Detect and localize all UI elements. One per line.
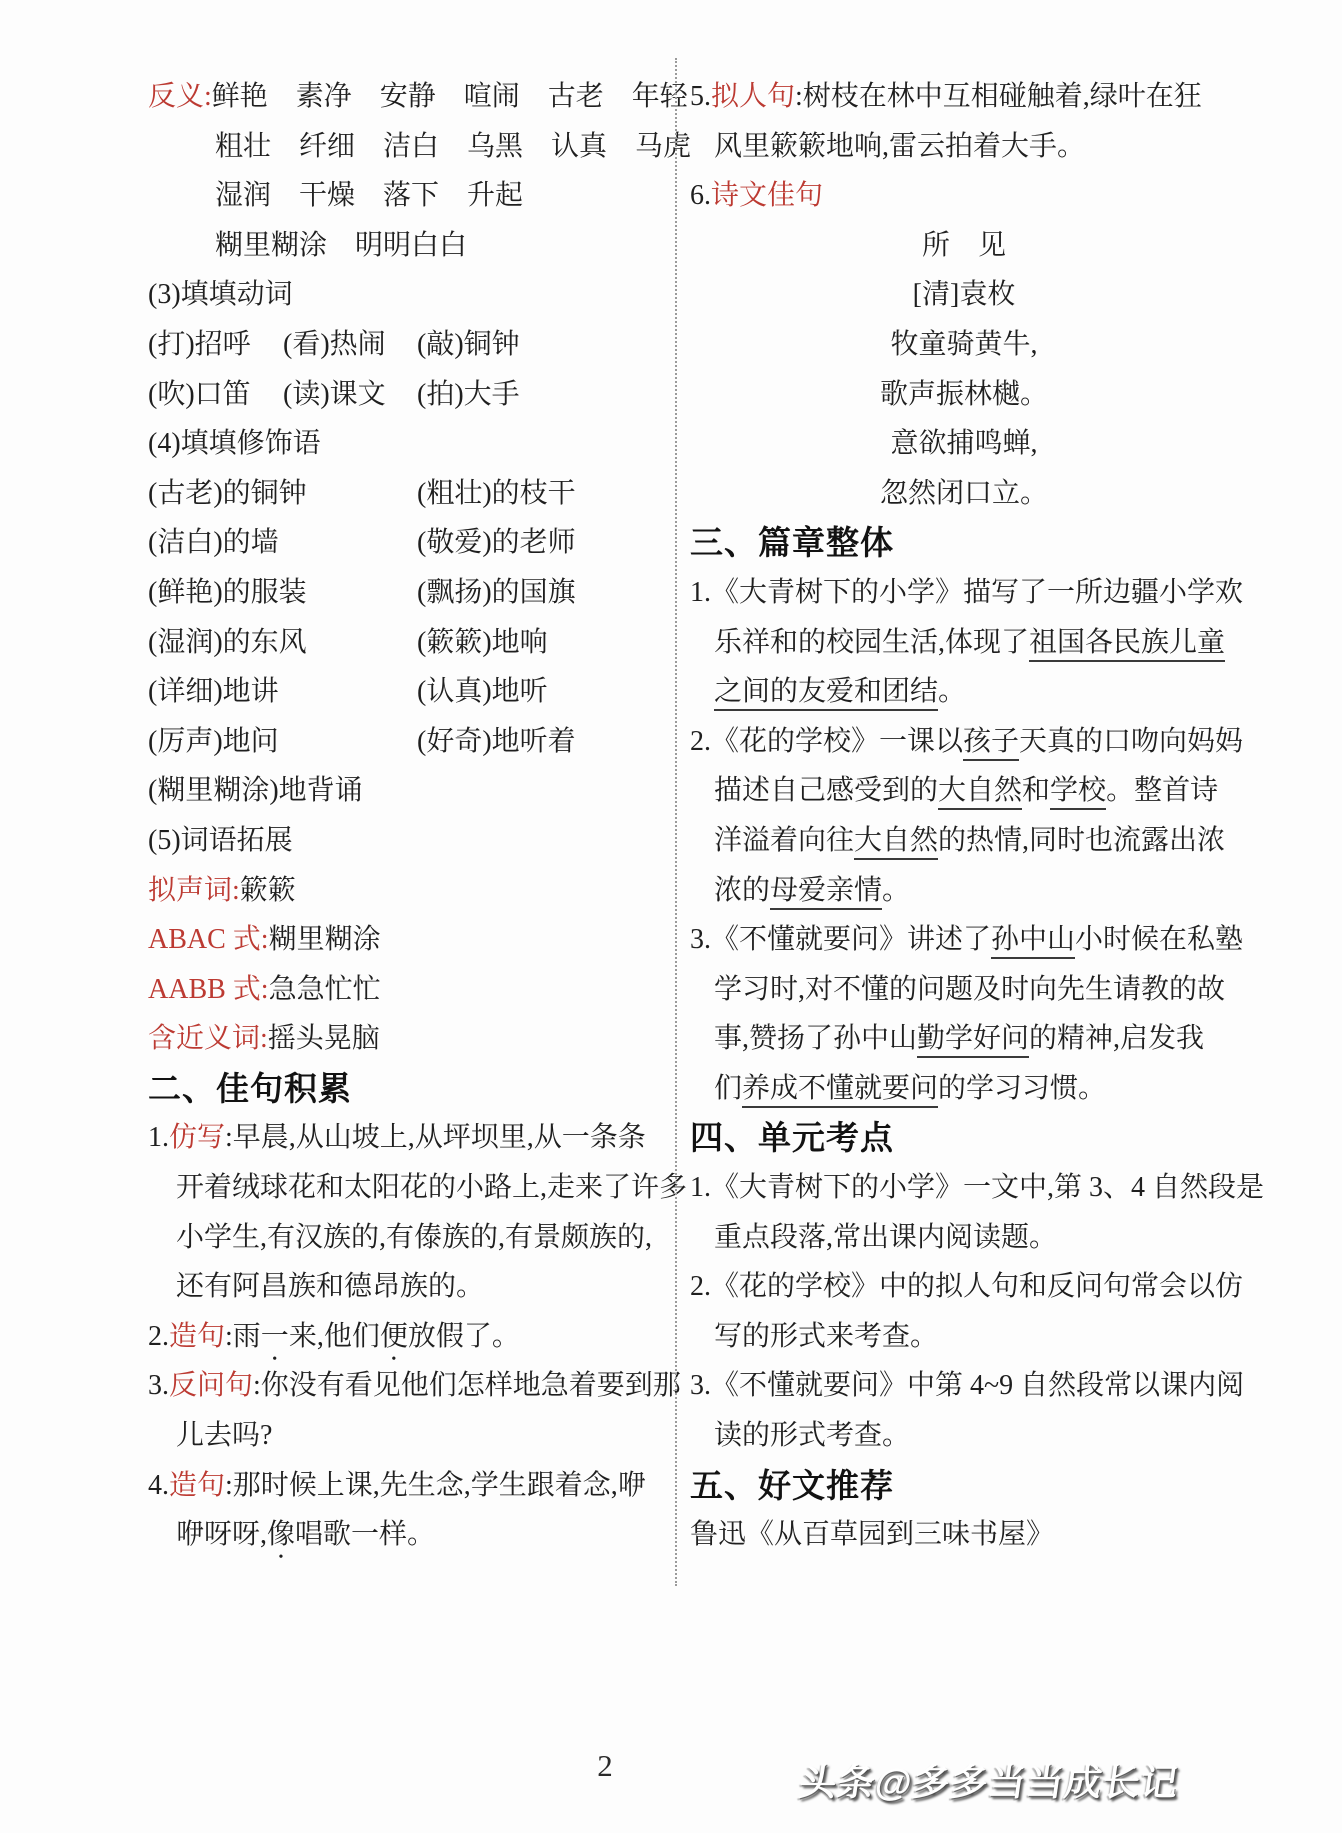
text-line: 洋溢着向往大自然的热情,同时也流露出浓 xyxy=(690,816,1238,866)
text-segment: 鲜艳 素净 安静 喧闹 古老 年轻 xyxy=(212,81,688,112)
text-line: (古老)的铜钟(粗壮)的枝干 xyxy=(148,469,676,519)
text-line: 忽然闭口立。 xyxy=(690,469,1238,519)
underlined-text: 孩子 xyxy=(963,726,1019,761)
text-segment: (5)词语拓展 xyxy=(148,825,293,856)
text-segment: 5. xyxy=(690,81,711,112)
text-line: (厉声)地问(好奇)地听着 xyxy=(148,717,676,767)
text-line: 重点段落,常出课内阅读题。 xyxy=(690,1213,1238,1263)
red-label: AABB 式: xyxy=(148,974,269,1005)
text-segment: 天真的口吻向妈妈 xyxy=(1019,726,1243,757)
text-line: 3.《不懂就要问》中第 4~9 自然段常以课内阅 xyxy=(690,1361,1238,1411)
text-segment: (4)填填修饰语 xyxy=(148,428,321,459)
text-line: 粗壮 纤细 洁白 乌黑 认真 马虎 xyxy=(148,122,676,172)
text-line: 所 见 xyxy=(690,221,1238,271)
text-line: 还有阿昌族和德昂族的。 xyxy=(148,1262,676,1312)
text-segment: 。整首诗 xyxy=(1106,775,1218,806)
text-segment: 五、好文推荐 xyxy=(690,1467,894,1504)
text-line: 风里簌簌地响,雷云拍着大手。 xyxy=(690,122,1238,172)
text-line: 1.《大青树下的小学》描写了一所边疆小学欢 xyxy=(690,568,1238,618)
text-line: 5.拟人句:树枝在林中互相碰触着,绿叶在狂 xyxy=(690,72,1238,122)
text-segment: 重点段落,常出课内阅读题。 xyxy=(714,1222,1057,1253)
text-segment: :你没有看见他们怎样地急着要到那 xyxy=(253,1370,681,1401)
text-segment: 歌声振林樾。 xyxy=(880,379,1048,410)
text-segment: 还有阿昌族和德昂族的。 xyxy=(176,1271,484,1302)
text-segment: 2.《花的学校》中的拟人句和反问句常会以仿 xyxy=(690,1271,1243,1302)
text-line: 咿呀呀,像唱歌一样。 xyxy=(148,1510,676,1560)
text-segment: 唱歌一样。 xyxy=(295,1519,435,1550)
text-line: 意欲捕鸣蝉, xyxy=(690,419,1238,469)
text-segment: 糊里糊涂 xyxy=(269,924,381,955)
text-segment: 的精神,启发我 xyxy=(1029,1023,1204,1054)
text-segment: 浓的 xyxy=(714,875,770,906)
section-heading: 二、佳句积累 xyxy=(148,1064,676,1114)
text-line: 小学生,有汉族的,有傣族的,有景颇族的, xyxy=(148,1213,676,1263)
text-segment: 6. xyxy=(690,180,711,211)
text-segment: 粗壮 纤细 洁白 乌黑 认真 马虎 xyxy=(215,131,691,162)
text-segment: 3. xyxy=(148,1370,169,1401)
text-line: (5)词语拓展 xyxy=(148,816,676,866)
text-segment: 小时候在私塾 xyxy=(1075,924,1243,955)
text-line: (详细)地讲(认真)地听 xyxy=(148,667,676,717)
red-label: 造句 xyxy=(169,1321,225,1352)
text-segment: (湿润)的东风 xyxy=(148,627,307,658)
red-label: 拟人句 xyxy=(711,81,795,112)
text-segment: (粗壮)的枝干 xyxy=(417,469,576,519)
text-line: 之间的友爱和团结。 xyxy=(690,667,1238,717)
text-segment: (古老)的铜钟 xyxy=(148,478,307,509)
right-column: 5.拟人句:树枝在林中互相碰触着,绿叶在狂风里簌簌地响,雷云拍着大手。6.诗文佳… xyxy=(690,72,1238,1560)
red-label: 反问句 xyxy=(169,1370,253,1401)
emphasized-text: 像 xyxy=(267,1519,295,1550)
underlined-text: 大自然 xyxy=(854,825,938,860)
text-segment: 忽然闭口立。 xyxy=(880,478,1048,509)
text-segment: (厉声)地问 xyxy=(148,726,279,757)
text-segment: (拍)大手 xyxy=(417,370,520,420)
text-segment: (读)课文 xyxy=(283,370,386,420)
text-segment: 2.《花的学校》一课以 xyxy=(690,726,963,757)
text-line: (湿润)的东风(簌簌)地响 xyxy=(148,618,676,668)
underlined-text: 祖国各民族儿童 xyxy=(1029,627,1225,662)
text-segment: [清]袁枚 xyxy=(913,279,1016,310)
text-segment: 意欲捕鸣蝉, xyxy=(890,428,1037,459)
text-line: ABAC 式:糊里糊涂 xyxy=(148,915,676,965)
text-segment: (认真)地听 xyxy=(417,667,548,717)
text-segment: (敲)铜钟 xyxy=(417,320,520,370)
text-segment: 急急忙忙 xyxy=(269,974,381,1005)
text-line: 湿润 干燥 落下 升起 xyxy=(148,171,676,221)
text-line: (洁白)的墙(敬爱)的老师 xyxy=(148,518,676,568)
underlined-text: 母爱亲情 xyxy=(770,875,882,910)
text-segment: 簌簌 xyxy=(240,875,296,906)
text-segment: 风里簌簌地响,雷云拍着大手。 xyxy=(714,131,1085,162)
text-line: 3.《不懂就要问》讲述了孙中山小时候在私塾 xyxy=(690,915,1238,965)
red-label: 拟声词: xyxy=(148,875,240,906)
text-segment: 。 xyxy=(938,676,966,707)
text-segment: 四、单元考点 xyxy=(690,1119,894,1156)
red-label: ABAC 式: xyxy=(148,924,269,955)
text-segment: 开着绒球花和太阳花的小路上,走来了许多 xyxy=(176,1172,687,1203)
text-segment: 1. xyxy=(148,1122,169,1153)
text-segment: :树枝在林中互相碰触着,绿叶在狂 xyxy=(795,81,1202,112)
text-segment: 1.《大青树下的小学》描写了一所边疆小学欢 xyxy=(690,577,1243,608)
text-line: (鲜艳)的服装(飘扬)的国旗 xyxy=(148,568,676,618)
text-segment: :早晨,从山坡上,从坪坝里,从一条条 xyxy=(225,1122,646,1153)
text-segment: 的学习习惯。 xyxy=(938,1073,1106,1104)
column-divider xyxy=(675,58,677,1586)
text-segment: 。 xyxy=(882,875,910,906)
text-segment: 牧童骑黄牛, xyxy=(890,329,1037,360)
text-segment: 3.《不懂就要问》中第 4~9 自然段常以课内阅 xyxy=(690,1370,1244,1401)
text-segment: 学习时,对不懂的问题及时向先生请教的故 xyxy=(714,974,1225,1005)
text-segment: 放假了。 xyxy=(408,1321,520,1352)
text-line: 6.诗文佳句 xyxy=(690,171,1238,221)
text-line: 反义:鲜艳 素净 安静 喧闹 古老 年轻 xyxy=(148,72,676,122)
text-segment: (洁白)的墙 xyxy=(148,527,279,558)
page-number: 2 xyxy=(560,1748,650,1784)
text-line: 写的形式来考查。 xyxy=(690,1312,1238,1362)
underlined-text: 孙中山 xyxy=(991,924,1075,959)
emphasized-text: 一 xyxy=(261,1321,289,1352)
text-segment: (好奇)地听着 xyxy=(417,717,576,767)
text-line: 含近义词:摇头晃脑 xyxy=(148,1014,676,1064)
text-segment: 和 xyxy=(1022,775,1050,806)
text-line: [清]袁枚 xyxy=(690,270,1238,320)
text-segment: (鲜艳)的服装 xyxy=(148,577,307,608)
text-segment: 糊里糊涂 明明白白 xyxy=(215,230,467,261)
text-line: 读的形式考查。 xyxy=(690,1411,1238,1461)
text-segment: 写的形式来考查。 xyxy=(714,1321,938,1352)
red-label: 含近义词: xyxy=(148,1023,268,1054)
text-line: 歌声振林樾。 xyxy=(690,370,1238,420)
text-line: 事,赞扬了孙中山勤学好问的精神,启发我 xyxy=(690,1014,1238,1064)
text-segment: 咿呀呀, xyxy=(176,1519,267,1550)
text-segment: 1.《大青树下的小学》一文中,第 3、4 自然段是 xyxy=(690,1172,1264,1203)
red-label: 仿写 xyxy=(169,1122,225,1153)
text-line: 儿去吗? xyxy=(148,1411,676,1461)
text-segment: 们 xyxy=(714,1073,742,1104)
text-line: 4.造句:那时候上课,先生念,学生跟着念,咿 xyxy=(148,1461,676,1511)
text-line: 牧童骑黄牛, xyxy=(690,320,1238,370)
text-segment: 的热情,同时也流露出浓 xyxy=(938,825,1225,856)
text-line: 2.造句:雨一来,他们便放假了。 xyxy=(148,1312,676,1362)
text-line: 浓的母爱亲情。 xyxy=(690,866,1238,916)
text-segment: 三、篇章整体 xyxy=(690,524,894,561)
text-line: 描述自己感受到的大自然和学校。整首诗 xyxy=(690,766,1238,816)
text-line: AABB 式:急急忙忙 xyxy=(148,965,676,1015)
text-line: 3.反问句:你没有看见他们怎样地急着要到那 xyxy=(148,1361,676,1411)
text-segment: (打)招呼 xyxy=(148,329,251,360)
text-line: 学习时,对不懂的问题及时向先生请教的故 xyxy=(690,965,1238,1015)
text-segment: 湿润 干燥 落下 升起 xyxy=(215,180,523,211)
text-segment: 二、佳句积累 xyxy=(148,1070,352,1107)
text-segment: 事,赞扬了孙中山 xyxy=(714,1023,917,1054)
text-line: 1.仿写:早晨,从山坡上,从坪坝里,从一条条 xyxy=(148,1113,676,1163)
section-heading: 四、单元考点 xyxy=(690,1113,1238,1163)
text-segment: :那时候上课,先生念,学生跟着念,咿 xyxy=(225,1470,646,1501)
section-heading: 五、好文推荐 xyxy=(690,1461,1238,1511)
text-segment: 来,他们 xyxy=(289,1321,380,1352)
text-line: (3)填填动词 xyxy=(148,270,676,320)
underlined-text: 大自然 xyxy=(938,775,1022,810)
text-segment: (簌簌)地响 xyxy=(417,618,548,668)
watermark: 头条@多多当当成长记 xyxy=(796,1752,1183,1806)
text-segment: (详细)地讲 xyxy=(148,676,279,707)
text-segment: 3.《不懂就要问》讲述了 xyxy=(690,924,991,955)
red-label: 诗文佳句 xyxy=(711,180,823,211)
underlined-text: 之间的友爱和团结 xyxy=(714,676,938,711)
text-segment: (飘扬)的国旗 xyxy=(417,568,576,618)
text-segment: (3)填填动词 xyxy=(148,279,293,310)
underlined-text: 勤学好问 xyxy=(917,1023,1029,1058)
underlined-text: 养成不懂就要问 xyxy=(742,1073,938,1108)
text-segment: 2. xyxy=(148,1321,169,1352)
text-segment: :雨 xyxy=(225,1321,261,1352)
text-line: 拟声词:簌簌 xyxy=(148,866,676,916)
workbook-page: 反义:鲜艳 素净 安静 喧闹 古老 年轻粗壮 纤细 洁白 乌黑 认真 马虎湿润 … xyxy=(0,0,1342,1833)
text-segment: 乐祥和的校园生活,体现了 xyxy=(714,627,1029,658)
text-segment: 鲁迅《从百草园到三味书屋》 xyxy=(690,1519,1054,1550)
text-line: 1.《大青树下的小学》一文中,第 3、4 自然段是 xyxy=(690,1163,1238,1213)
red-label: 反义: xyxy=(148,81,212,112)
text-segment: 洋溢着向往 xyxy=(714,825,854,856)
text-segment: 读的形式考查。 xyxy=(714,1420,910,1451)
text-segment: 摇头晃脑 xyxy=(268,1023,380,1054)
text-segment: (糊里糊涂)地背诵 xyxy=(148,775,363,806)
text-line: 乐祥和的校园生活,体现了祖国各民族儿童 xyxy=(690,618,1238,668)
text-line: 们养成不懂就要问的学习习惯。 xyxy=(690,1064,1238,1114)
text-line: 2.《花的学校》中的拟人句和反问句常会以仿 xyxy=(690,1262,1238,1312)
text-line: 鲁迅《从百草园到三味书屋》 xyxy=(690,1510,1238,1560)
text-segment: 所 见 xyxy=(922,230,1006,261)
red-label: 造句 xyxy=(169,1470,225,1501)
text-line: 开着绒球花和太阳花的小路上,走来了许多 xyxy=(148,1163,676,1213)
underlined-text: 学校 xyxy=(1050,775,1106,810)
text-segment: (看)热闹 xyxy=(283,320,386,370)
section-heading: 三、篇章整体 xyxy=(690,518,1238,568)
text-line: (4)填填修饰语 xyxy=(148,419,676,469)
text-segment: 描述自己感受到的 xyxy=(714,775,938,806)
text-line: (打)招呼(看)热闹(敲)铜钟 xyxy=(148,320,676,370)
left-column: 反义:鲜艳 素净 安静 喧闹 古老 年轻粗壮 纤细 洁白 乌黑 认真 马虎湿润 … xyxy=(148,72,676,1560)
text-line: (吹)口笛(读)课文(拍)大手 xyxy=(148,370,676,420)
text-segment: (吹)口笛 xyxy=(148,379,251,410)
text-segment: 儿去吗? xyxy=(176,1420,272,1451)
emphasized-text: 便 xyxy=(380,1321,408,1352)
text-segment: (敬爱)的老师 xyxy=(417,518,576,568)
text-segment: 4. xyxy=(148,1470,169,1501)
text-line: (糊里糊涂)地背诵 xyxy=(148,766,676,816)
text-segment: 小学生,有汉族的,有傣族的,有景颇族的, xyxy=(176,1222,652,1253)
text-line: 糊里糊涂 明明白白 xyxy=(148,221,676,271)
text-line: 2.《花的学校》一课以孩子天真的口吻向妈妈 xyxy=(690,717,1238,767)
